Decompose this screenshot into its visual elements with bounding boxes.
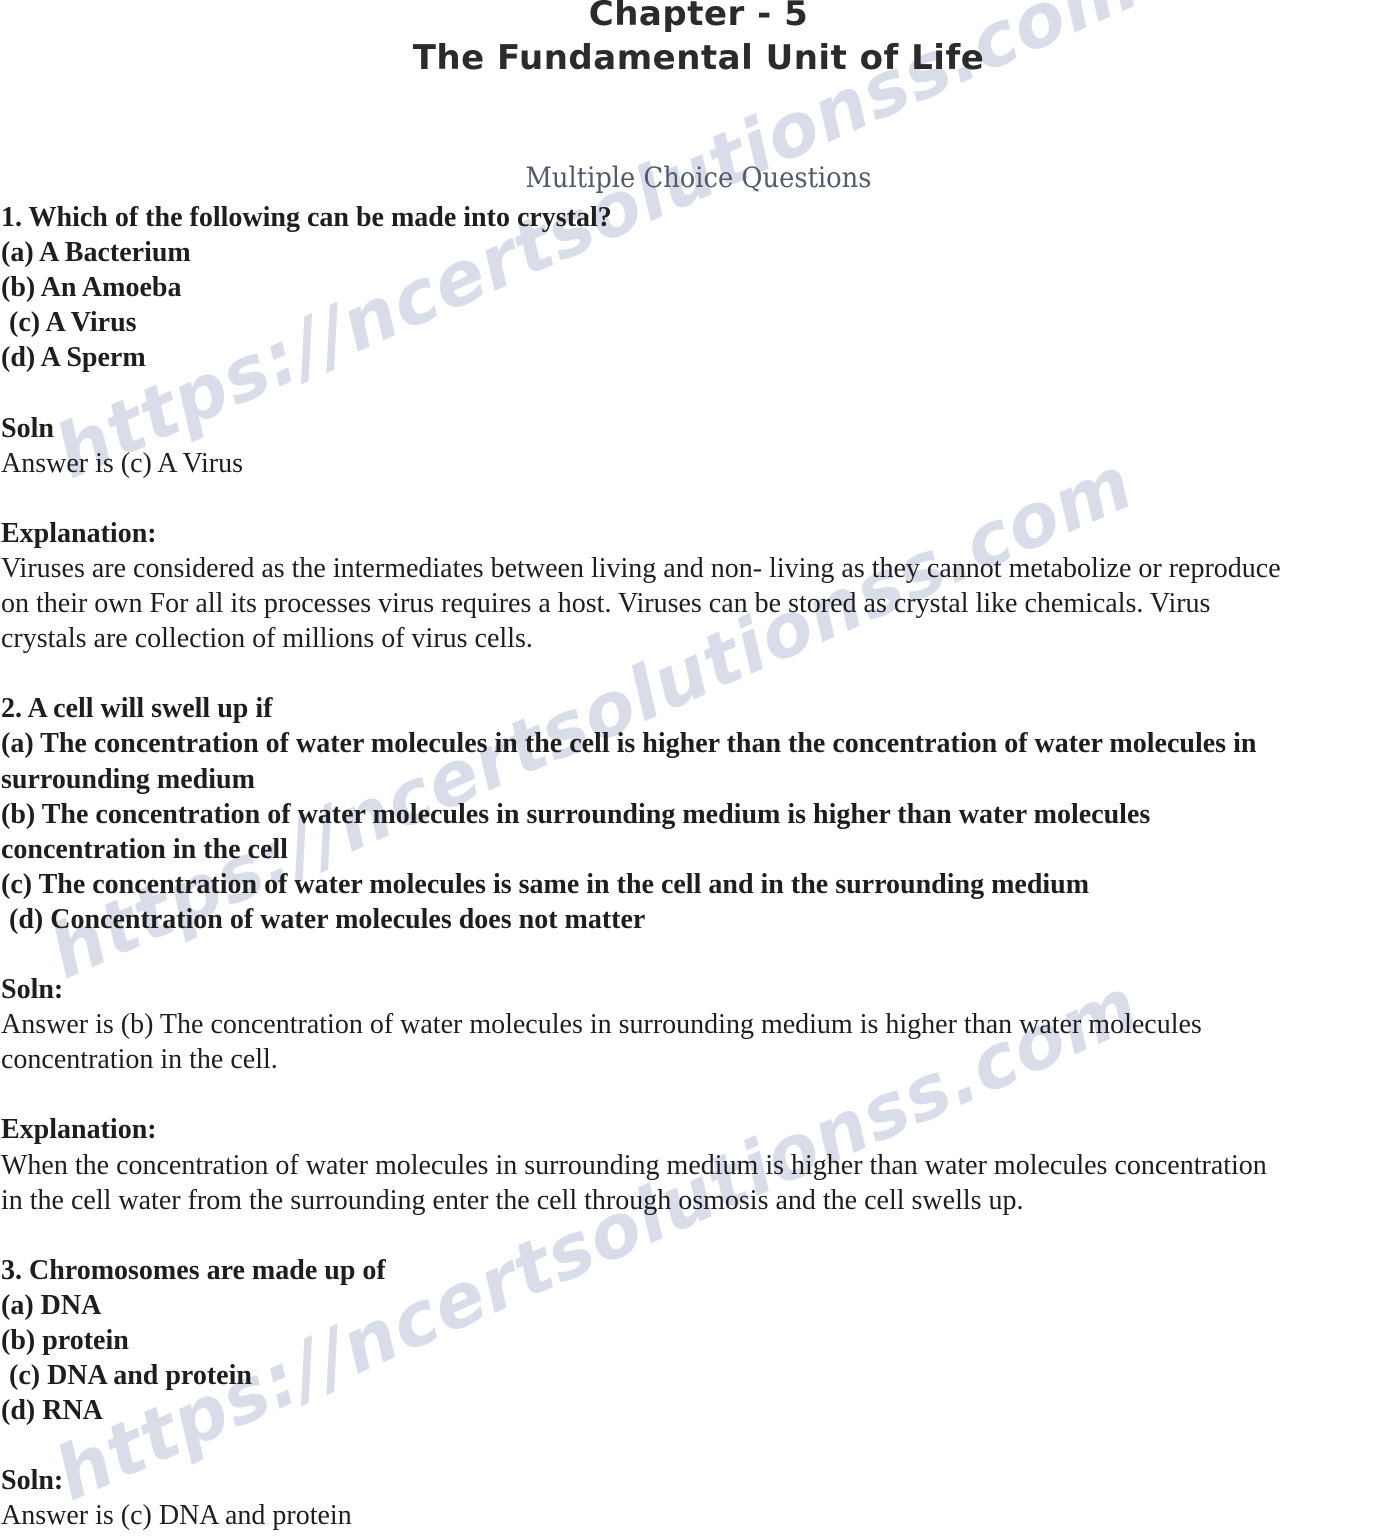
option-c: (c) The concentration of water molecules… <box>1 867 1397 902</box>
question-block-2: 2. A cell will swell up if (a) The conce… <box>1 691 1397 1253</box>
solution-label: Soln: <box>1 972 1397 1007</box>
option-a: (a) DNA <box>1 1288 1397 1323</box>
explanation-line: Viruses are considered as the intermedia… <box>1 551 1397 586</box>
question-block-3: 3. Chromosomes are made up of (a) DNA (b… <box>1 1253 1397 1534</box>
option-b: (b) The concentration of water molecules… <box>1 797 1397 832</box>
explanation-label: Explanation: <box>1 516 1397 551</box>
solution-label: Soln: <box>1 1463 1397 1498</box>
option-c: (c) DNA and protein <box>1 1358 1397 1393</box>
section-heading: Multiple Choice Questions <box>56 161 1341 194</box>
option-c: (c) A Virus <box>1 305 1397 340</box>
question-text: 3. Chromosomes are made up of <box>1 1253 1397 1288</box>
option-d: (d) RNA <box>1 1393 1397 1428</box>
option-d: (d) Concentration of water molecules doe… <box>1 902 1397 937</box>
explanation-label: Explanation: <box>1 1112 1397 1147</box>
option-a: (a) A Bacterium <box>1 235 1397 270</box>
explanation-line: When the concentration of water molecule… <box>1 1148 1397 1183</box>
document-body: 1. Which of the following can be made in… <box>1 200 1397 1534</box>
explanation-line: in the cell water from the surrounding e… <box>1 1183 1397 1218</box>
document-page: https://ncertsolutionss.com https://ncer… <box>0 0 1397 1536</box>
option-b: (b) protein <box>1 1323 1397 1358</box>
answer-text: Answer is (b) The concentration of water… <box>1 1007 1397 1042</box>
option-a: (a) The concentration of water molecules… <box>1 726 1397 761</box>
chapter-title: The Fundamental Unit of Life <box>0 38 1397 78</box>
option-a-cont: surrounding medium <box>1 762 1397 797</box>
question-text: 1. Which of the following can be made in… <box>1 200 1397 235</box>
question-text: 2. A cell will swell up if <box>1 691 1397 726</box>
question-block-1: 1. Which of the following can be made in… <box>1 200 1397 691</box>
chapter-number: Chapter - 5 <box>0 0 1397 34</box>
solution-label: Soln <box>1 411 1397 446</box>
answer-text-cont: concentration in the cell. <box>1 1042 1397 1077</box>
answer-text: Answer is (c) DNA and protein <box>1 1498 1397 1533</box>
explanation-line: on their own For all its processes virus… <box>1 586 1397 621</box>
option-b-cont: concentration in the cell <box>1 832 1397 867</box>
option-d: (d) A Sperm <box>1 340 1397 375</box>
option-b: (b) An Amoeba <box>1 270 1397 305</box>
explanation-line: crystals are collection of millions of v… <box>1 621 1397 656</box>
answer-text: Answer is (c) A Virus <box>1 446 1397 481</box>
